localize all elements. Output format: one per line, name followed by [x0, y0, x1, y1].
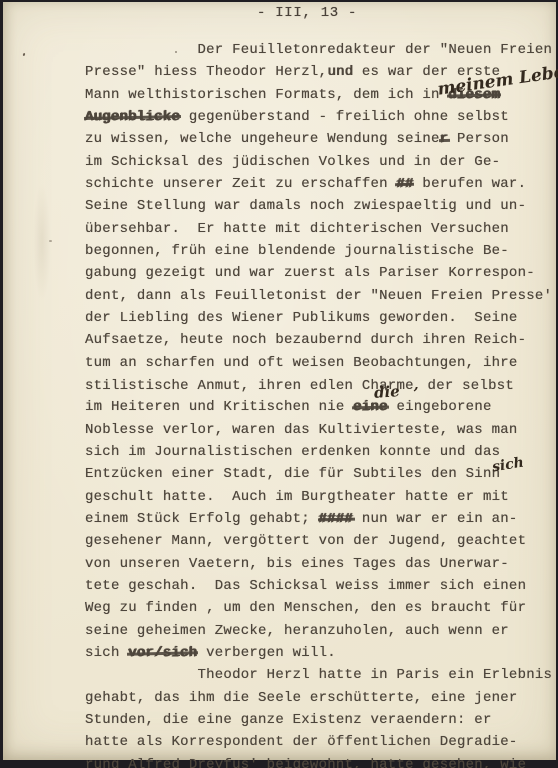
typescript-paper: - III, 13 - Der Feuilletonredakteur der …: [3, 2, 556, 760]
typed-line: übersehbar. Er hatte mit dichterischen V…: [85, 218, 552, 240]
typed-text: Entzücken einer Stadt, die für Subtiles …: [85, 466, 500, 482]
typed-text: gabung gezeigt und war zuerst als Parise…: [85, 265, 535, 281]
typed-line: Aufsaetze, heute noch bezaubernd durch i…: [85, 329, 552, 351]
paper-speck: [49, 240, 52, 242]
typed-line: Der Feuilletonredakteur der "Neuen Freie…: [85, 39, 552, 61]
typed-line: Seine Stellung war damals noch zwiespael…: [85, 195, 552, 217]
typed-line: im Heiteren und Kritischen nie eine eing…: [85, 396, 552, 418]
text-block: Der Feuilletonredakteur der "Neuen Freie…: [85, 39, 552, 768]
typed-line: tete geschah. Das Schicksal weiss immer …: [85, 575, 552, 597]
typed-text: Seine Stellung war damals noch zwiespael…: [85, 198, 526, 214]
handwritten-annotation: die: [373, 382, 400, 402]
typed-text: stilistische Anmut, ihren edlen Charme: [85, 378, 414, 394]
typed-line: Weg zu finden , um den Menschen, den es …: [85, 597, 552, 619]
typed-text: Theodor Herzl hatte in Paris ein Erlebni…: [85, 667, 552, 683]
typed-overstrike: ##: [396, 176, 413, 192]
typed-text: Noblesse verlor, waren das Kultiviertest…: [85, 422, 518, 438]
typed-line: von unseren Vaetern, bis eines Tages das…: [85, 553, 552, 575]
typed-line: tum an scharfen und oft weisen Beobachtu…: [85, 352, 552, 374]
typed-line: Augenblicke gegenüberstand - freilich oh…: [85, 106, 552, 128]
typed-text: seine geheimen Zwecke, heranzuholen, auc…: [85, 623, 509, 639]
typed-text: Mann welthistorischen Formats, dem ich i…: [85, 87, 448, 103]
page-number-header: - III, 13 -: [257, 5, 357, 21]
typed-overstrike: eine: [353, 399, 388, 415]
typed-overstrike: vor/sich: [128, 645, 197, 661]
typed-line: der Liebling des Wiener Publikums geword…: [85, 307, 552, 329]
typed-line: Entzücken einer Stadt, die für Subtiles …: [85, 463, 552, 485]
typed-line: sich im Journalistischen erdenken konnte…: [85, 441, 552, 463]
typed-text: berufen war.: [414, 176, 526, 192]
typed-text: verbergen will.: [197, 645, 335, 661]
typed-line: gehabt, das ihm die Seele erschütterte, …: [85, 687, 552, 709]
typed-text: dent, dann als Feuilletonist der "Neuen …: [85, 288, 552, 304]
typed-text: Presse" hiess Theodor Herzl,: [85, 64, 327, 80]
typed-line: hatte als Korrespondent der öffentlichen…: [85, 731, 552, 753]
typed-text: sich: [85, 645, 128, 661]
typed-text: Stunden, die eine ganze Existenz veraend…: [85, 712, 492, 728]
typed-text: tete geschah. Das Schicksal weiss immer …: [85, 578, 526, 594]
typed-line: begonnen, früh eine blendende journalist…: [85, 240, 552, 262]
typed-text: hatte als Korrespondent der öffentlichen…: [85, 734, 518, 750]
typed-line: geschult hatte. Auch im Burgtheater hatt…: [85, 486, 552, 508]
typed-text: Der Feuilletonredakteur der "Neuen Freie…: [85, 42, 552, 58]
typed-line: Theodor Herzl hatte in Paris ein Erlebni…: [85, 664, 552, 686]
typed-text: im Heiteren und Kritischen nie: [85, 399, 353, 415]
typed-text: geschult hatte. Auch im Burgtheater hatt…: [85, 489, 509, 505]
typed-text: der selbst: [419, 378, 514, 394]
typed-text: der Liebling des Wiener Publikums geword…: [85, 310, 518, 326]
typed-line: dent, dann als Feuilletonist der "Neuen …: [85, 285, 552, 307]
typed-line: rung Alfred Dreyfus' beigewohnt, hatte g…: [85, 754, 552, 768]
typed-overstrike: ####: [319, 511, 354, 527]
typed-text: sich im Journalistischen erdenken konnte…: [85, 444, 500, 460]
typed-line: Stunden, die eine ganze Existenz veraend…: [85, 709, 552, 731]
typed-line: Noblesse verlor, waren das Kultiviertest…: [85, 419, 552, 441]
typed-overstrike: r: [440, 131, 449, 147]
typed-text: Person: [448, 131, 509, 147]
typed-line: schichte unserer Zeit zu erschaffen ## b…: [85, 173, 552, 195]
typed-line: sich vor/sich verbergen will.: [85, 642, 552, 664]
paper-smudge: [33, 182, 51, 302]
typed-text: zu wissen, welche ungeheure Wendung sein…: [85, 131, 440, 147]
typed-text: tum an scharfen und oft weisen Beobachtu…: [85, 355, 518, 371]
paper-speck: [175, 51, 177, 53]
typed-line: einem Stück Erfolg gehabt; #### nun war …: [85, 508, 552, 530]
typed-text: eingeborene: [388, 399, 492, 415]
typed-line: gabung gezeigt und war zuerst als Parise…: [85, 262, 552, 284]
typed-text: schichte unserer Zeit zu erschaffen: [85, 176, 396, 192]
typed-line: zu wissen, welche ungeheure Wendung sein…: [85, 128, 552, 150]
typed-line: stilistische Anmut, ihren edlen Charme, …: [85, 374, 552, 396]
typed-text: gegenüberstand - freilich ohne selbst: [180, 109, 509, 125]
typed-text: gehabt, das ihm die Seele erschütterte, …: [85, 690, 518, 706]
typed-line: im Schicksal des jüdischen Volkes und in…: [85, 151, 552, 173]
typed-text: gesehener Mann, vergöttert von der Jugen…: [85, 533, 526, 549]
typed-text: begonnen, früh eine blendende journalist…: [85, 243, 509, 259]
typed-text: im Schicksal des jüdischen Volkes und in…: [85, 154, 500, 170]
typed-overstrike: Augenblicke: [85, 109, 180, 125]
typed-text: übersehbar. Er hatte mit dichterischen V…: [85, 221, 509, 237]
typed-text: Weg zu finden , um den Menschen, den es …: [85, 600, 526, 616]
scanned-page: - III, 13 - Der Feuilletonredakteur der …: [0, 0, 558, 768]
typed-text: nun war er ein an-: [353, 511, 517, 527]
typed-text: rung Alfred Dreyfus' beigewohnt, hatte g…: [85, 757, 526, 768]
typed-line: seine geheimen Zwecke, heranzuholen, auc…: [85, 620, 552, 642]
typed-line: gesehener Mann, vergöttert von der Jugen…: [85, 530, 552, 552]
typed-text: Aufsaetze, heute noch bezaubernd durch i…: [85, 332, 526, 348]
typed-text: einem Stück Erfolg gehabt;: [85, 511, 319, 527]
paper-speck: [23, 53, 26, 57]
typed-retype: und: [327, 64, 353, 80]
typed-text: von unseren Vaetern, bis eines Tages das…: [85, 556, 509, 572]
